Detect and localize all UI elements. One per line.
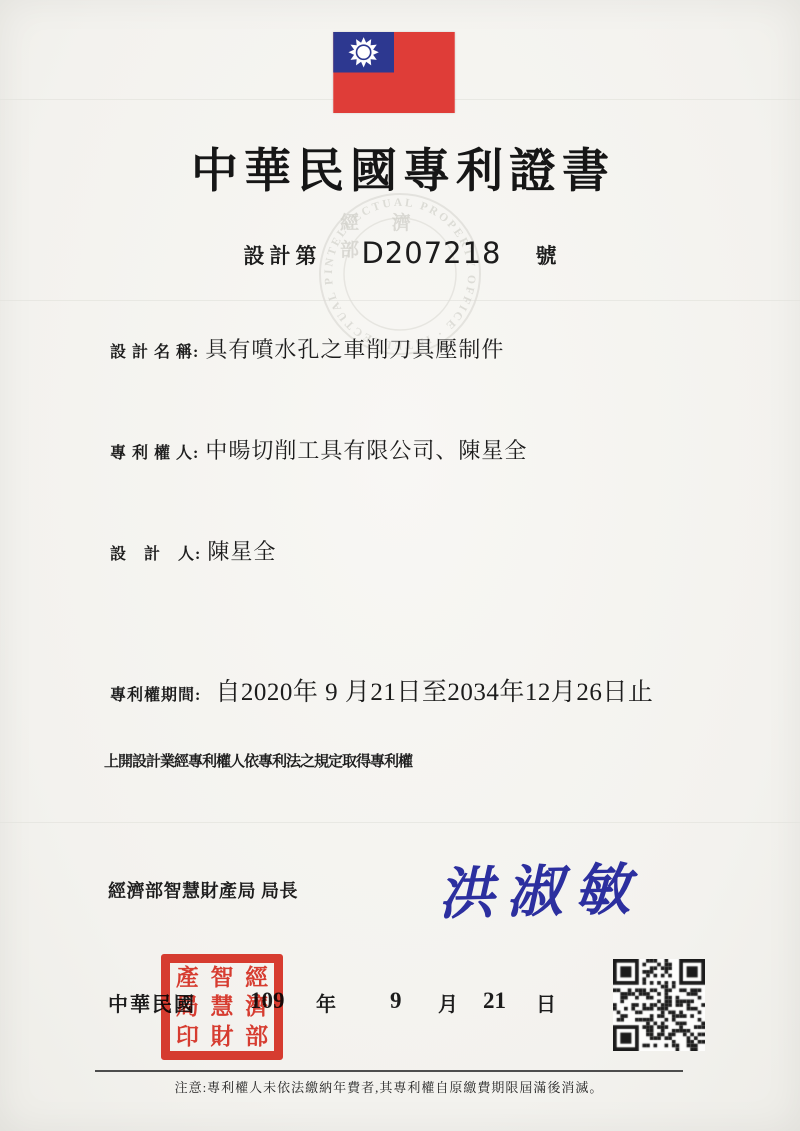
seal-character: 濟 — [239, 992, 274, 1021]
seal-character: 產 — [170, 963, 205, 992]
design-name-label: 設 計 名 稱: — [110, 339, 199, 362]
date-day-value: 21 — [483, 988, 506, 1014]
patent-term-label: 專利權期間: — [110, 682, 201, 705]
seal-character: 經 — [239, 963, 274, 992]
date-month-unit: 月 — [438, 988, 458, 1017]
seal-character: 智 — [205, 963, 240, 992]
legal-statement: 上開設計業經專利權人依專利法之規定取得專利權 — [104, 750, 412, 771]
patentee-label: 專 利 權 人: — [110, 440, 199, 463]
patent-term-value: 自2020年 9 月21日至2034年12月26日止 — [215, 672, 653, 708]
scan-artifact-line — [0, 822, 800, 823]
footer-notice: 注意:專利權人未依法繳納年費者,其專利權自原繳費期限屆滿後消滅。 — [95, 1077, 683, 1096]
designer-label: 設 計 人: — [110, 541, 201, 564]
seal-character: 慧 — [205, 992, 240, 1021]
taiwan-flag-icon — [333, 32, 455, 113]
patent-term-field: 專利權期間: 自2020年 9 月21日至2034年12月26日止 — [110, 672, 653, 708]
issuer-agency-title: 經濟部智慧財產局 局長 — [108, 877, 298, 903]
design-name-field: 設 計 名 稱: 具有噴水孔之車削刀具壓制件 — [110, 333, 504, 364]
seal-character: 部 — [239, 1022, 274, 1051]
director-general-signature: 洪淑敏 — [437, 845, 643, 930]
seal-character: 印 — [170, 1022, 205, 1051]
patentee-value: 中暘切削工具有限公司、陳星全 — [205, 434, 527, 465]
seal-character: 財 — [205, 1022, 240, 1051]
designer-value: 陳星全 — [207, 535, 276, 566]
patent-certificate-page: INTELLECTUAL PROPERTY OFFICE · INTELLECT… — [0, 0, 800, 1131]
date-year-unit: 年 — [316, 988, 336, 1017]
official-red-seal: 產 智 經 局 慧 濟 印 財 部 — [161, 954, 283, 1060]
certificate-number: D207218 — [361, 236, 501, 270]
date-day-unit: 日 — [536, 988, 556, 1017]
seal-character: 局 — [170, 992, 205, 1021]
certificate-title: 中華民國專利證書 — [0, 134, 800, 201]
certificate-type-label: 設計第 — [243, 240, 321, 270]
footer-divider — [95, 1070, 683, 1072]
date-month-value: 9 — [390, 988, 402, 1014]
scan-artifact-line — [0, 300, 800, 301]
designer-field: 設 計 人: 陳星全 — [110, 535, 276, 566]
patentee-field: 專 利 權 人: 中暘切削工具有限公司、陳星全 — [110, 434, 527, 465]
verification-qr-code — [613, 959, 705, 1051]
certificate-number-suffix: 號 — [536, 240, 557, 270]
design-name-value: 具有噴水孔之車削刀具壓制件 — [205, 333, 504, 364]
certificate-number-row: 設計第 D207218 號 — [0, 236, 800, 270]
